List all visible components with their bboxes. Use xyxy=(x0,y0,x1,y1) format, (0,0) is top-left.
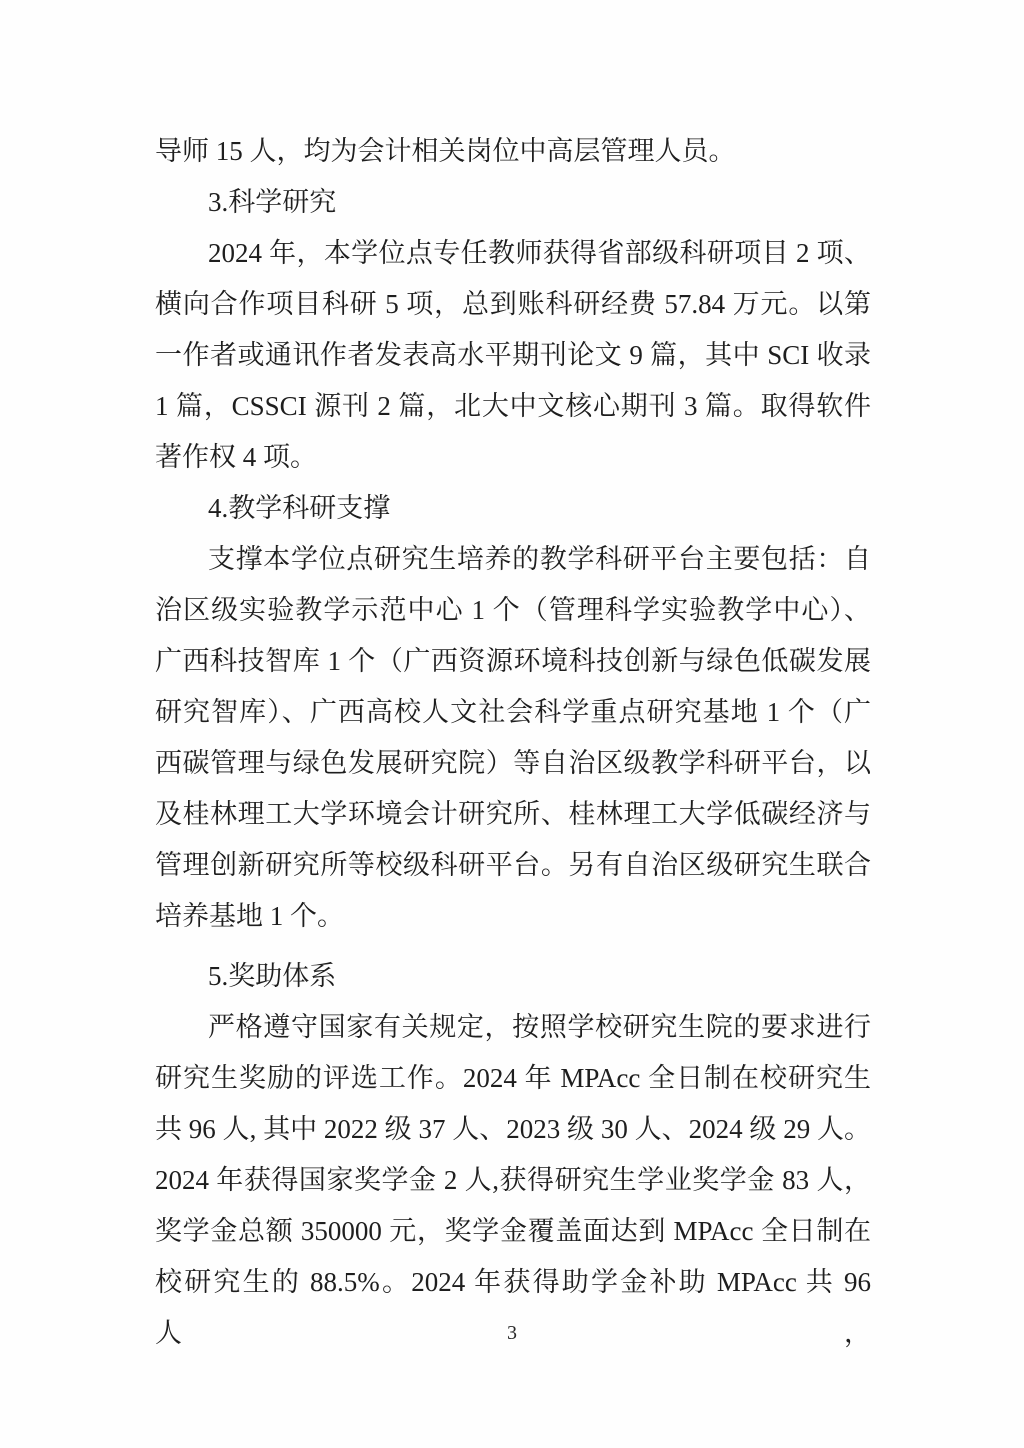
section-heading-4: 4.教学科研支撑 xyxy=(155,483,871,534)
text-line: 校研究生的 88.5%。2024 年获得助学金补助 MPAcc 共 96 人， xyxy=(155,1257,871,1308)
section-heading-3: 3.科学研究 xyxy=(155,177,871,228)
text-line: 研究智库）、广西高校人文社会科学重点研究基地 1 个（广 xyxy=(155,687,871,738)
text-line: 著作权 4 项。 xyxy=(155,432,871,483)
text-line: 及桂林理工大学环境会计研究所、桂林理工大学低碳经济与 xyxy=(155,789,871,840)
text-line: 管理创新研究所等校级科研平台。另有自治区级研究生联合 xyxy=(155,840,871,891)
page-number: 3 xyxy=(0,1322,1024,1345)
text-line: 一作者或通讯作者发表高水平期刊论文 9 篇，其中 SCI 收录 xyxy=(155,330,871,381)
document-page: 导师 15 人，均为会计相关岗位中高层管理人员。 3.科学研究 2024 年，本… xyxy=(0,0,1024,1448)
text-line: 西碳管理与绿色发展研究院）等自治区级教学科研平台，以 xyxy=(155,738,871,789)
text-line: 研究生奖励的评选工作。2024 年 MPAcc 全日制在校研究生 xyxy=(155,1053,871,1104)
text-line: 广西科技智库 1 个（广西资源环境科技创新与绿色低碳发展 xyxy=(155,636,871,687)
section-heading-5: 5.奖助体系 xyxy=(155,951,871,1002)
text-line: 1 篇，CSSCI 源刊 2 篇，北大中文核心期刊 3 篇。取得软件 xyxy=(155,381,871,432)
text-line: 2024 年获得国家奖学金 2 人,获得研究生学业奖学金 83 人， xyxy=(155,1155,871,1206)
text-line: 横向合作项目科研 5 项，总到账科研经费 57.84 万元。以第 xyxy=(155,279,871,330)
document-body: 导师 15 人，均为会计相关岗位中高层管理人员。 3.科学研究 2024 年，本… xyxy=(155,126,871,1308)
text-line: 奖学金总额 350000 元，奖学金覆盖面达到 MPAcc 全日制在 xyxy=(155,1206,871,1257)
text-line: 2024 年，本学位点专任教师获得省部级科研项目 2 项、 xyxy=(155,228,871,279)
text-line: 导师 15 人，均为会计相关岗位中高层管理人员。 xyxy=(155,126,871,177)
text-line: 共 96 人, 其中 2022 级 37 人、2023 级 30 人、2024 … xyxy=(155,1104,871,1155)
text-line: 严格遵守国家有关规定，按照学校研究生院的要求进行 xyxy=(155,1002,871,1053)
text-line: 培养基地 1 个。 xyxy=(155,891,871,942)
text-line: 治区级实验教学示范中心 1 个（管理科学实验教学中心）、 xyxy=(155,585,871,636)
text-line: 支撑本学位点研究生培养的教学科研平台主要包括：自 xyxy=(155,534,871,585)
